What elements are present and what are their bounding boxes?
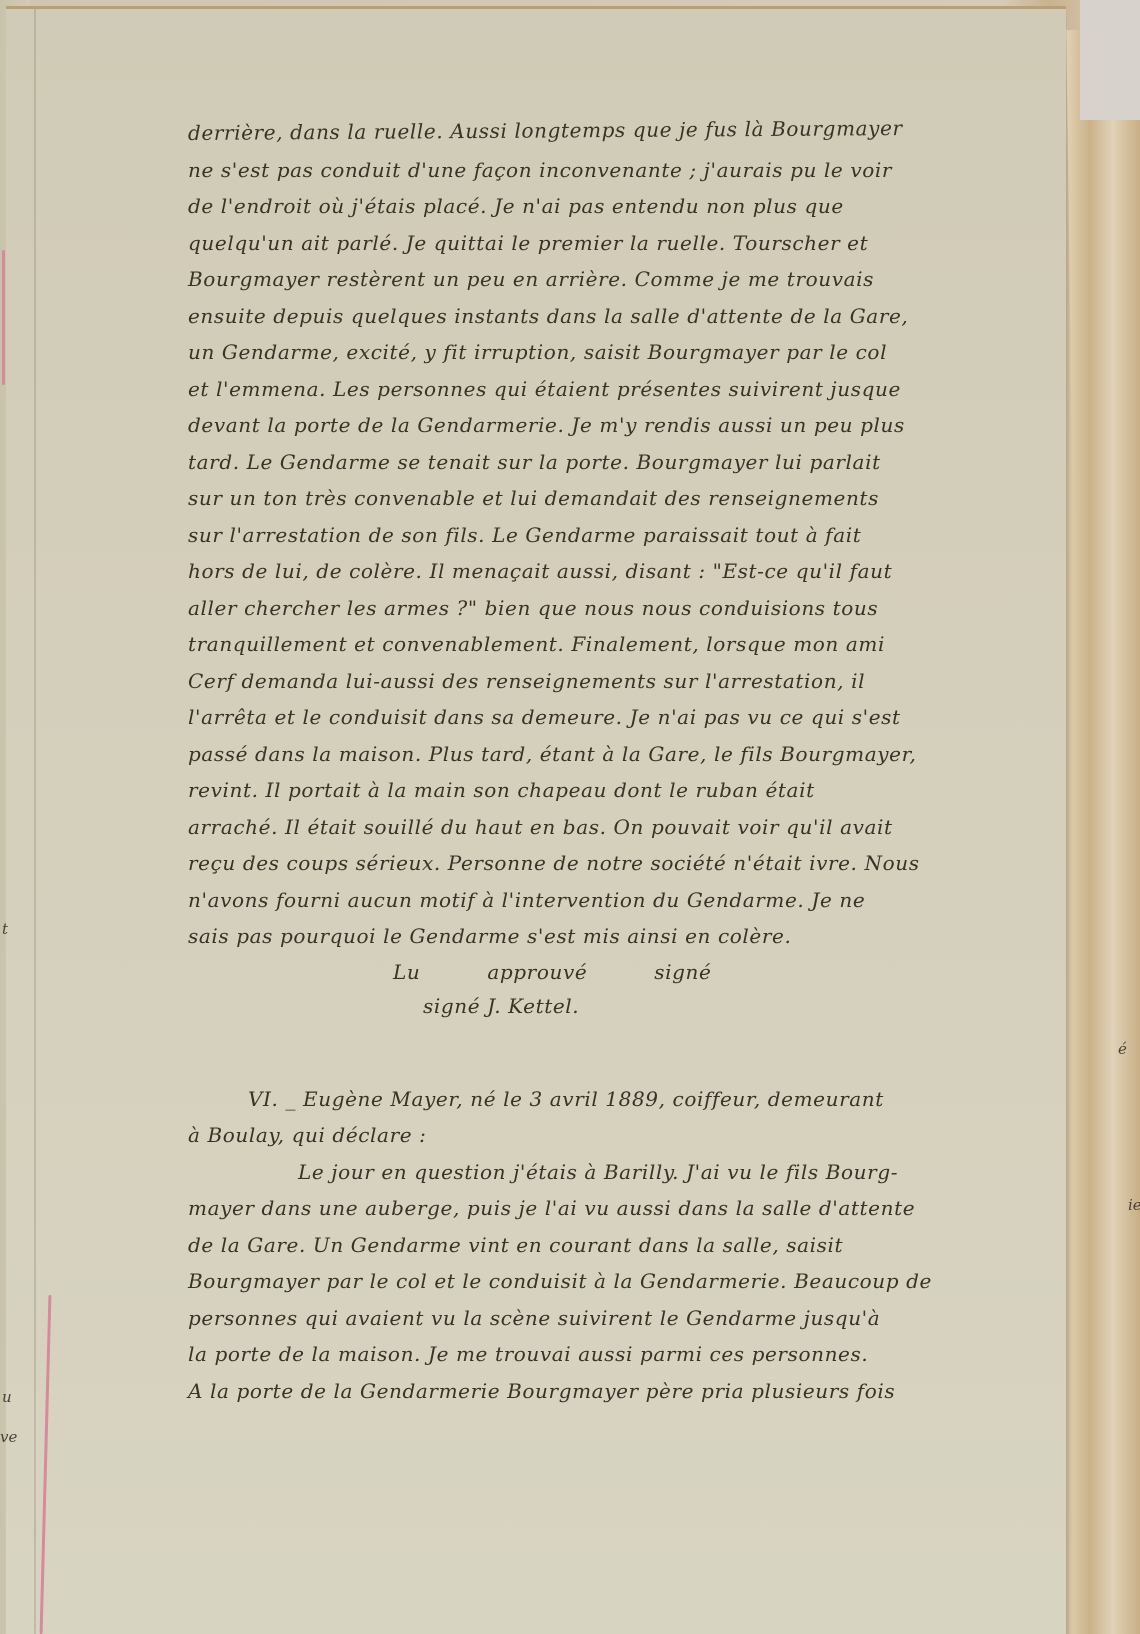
- text-line: Cerf demanda lui-aussi des renseignement…: [188, 663, 1048, 700]
- text-line: un Gendarme, excité, y fit irruption, sa…: [188, 334, 1048, 371]
- text-line: aller chercher les armes ?" bien que nou…: [188, 590, 1048, 627]
- text-line: Bourgmayer restèrent un peu en arrière. …: [188, 261, 1048, 298]
- text-line: arraché. Il était souillé du haut en bas…: [188, 809, 1048, 846]
- text-line: tranquillement et convenablement. Finale…: [188, 626, 1048, 663]
- text-line: la porte de la maison. Je me trouvai aus…: [188, 1336, 1048, 1373]
- margin-fragment: ve: [0, 1428, 17, 1446]
- binding-thread-top: [2, 250, 5, 385]
- text-line: Bourgmayer par le col et le conduisit à …: [188, 1263, 1048, 1300]
- text-line: de l'endroit où j'étais placé. Je n'ai p…: [188, 188, 1048, 225]
- text-line: quelqu'un ait parlé. Je quittai le premi…: [188, 225, 1048, 262]
- approval-word-read: Lu: [393, 960, 420, 984]
- text-line: sais pas pourquoi le Gendarme s'est mis …: [188, 918, 1048, 955]
- margin-fragment: ie: [1128, 1196, 1140, 1214]
- text-line: personnes qui avaient vu la scène suivir…: [188, 1300, 1048, 1337]
- text-line: revint. Il portait à la main son chapeau…: [188, 772, 1048, 809]
- text-line: l'arrêta et le conduisit dans sa demeure…: [188, 699, 1048, 736]
- signed-label: signé: [423, 994, 480, 1018]
- section-gap: [188, 1023, 1048, 1081]
- approval-word-approved: approuvé: [487, 960, 587, 984]
- text-line: hors de lui, de colère. Il menaçait auss…: [188, 553, 1048, 590]
- signature: J. Kettel.: [487, 994, 579, 1018]
- approval-word-signed: signé: [654, 960, 711, 984]
- section-heading-continued: à Boulay, qui déclare :: [188, 1117, 1048, 1154]
- approval-line: Lu approuvé signé: [188, 955, 1048, 989]
- handwritten-text: derrière, dans la ruelle. Aussi longtemp…: [188, 115, 1048, 1409]
- text-line: ensuite depuis quelques instants dans la…: [188, 298, 1048, 335]
- text-line: et l'emmena. Les personnes qui étaient p…: [188, 371, 1048, 408]
- text-line: reçu des coups sérieux. Personne de notr…: [188, 845, 1048, 882]
- text-line: Le jour en question j'étais à Barilly. J…: [188, 1154, 1048, 1191]
- text-line: tard. Le Gendarme se tenait sur la porte…: [188, 444, 1048, 481]
- margin-fragment: t: [2, 920, 8, 938]
- text-line: derrière, dans la ruelle. Aussi longtemp…: [188, 109, 1048, 152]
- text-line: passé dans la maison. Plus tard, étant à…: [188, 736, 1048, 773]
- text-line: mayer dans une auberge, puis je l'ai vu …: [188, 1190, 1048, 1227]
- background-surface: [1080, 0, 1140, 120]
- page-fold: [34, 9, 36, 1634]
- text-line: sur un ton très convenable et lui demand…: [188, 480, 1048, 517]
- text-line: devant la porte de la Gendarmerie. Je m'…: [188, 407, 1048, 444]
- margin-fragment: é: [1118, 1040, 1127, 1058]
- text-line: sur l'arrestation de son fils. Le Gendar…: [188, 517, 1048, 554]
- text-line: A la porte de la Gendarmerie Bourgmayer …: [188, 1373, 1048, 1410]
- section-heading: VI. _ Eugène Mayer, né le 3 avril 1889, …: [188, 1081, 1048, 1118]
- text-line: de la Gare. Un Gendarme vint en courant …: [188, 1227, 1048, 1264]
- text-line: n'avons fourni aucun motif à l'intervent…: [188, 882, 1048, 919]
- text-line: ne s'est pas conduit d'une façon inconve…: [188, 152, 1048, 189]
- margin-fragment: u: [2, 1388, 12, 1406]
- signature-line: signé J. Kettel.: [188, 989, 1048, 1023]
